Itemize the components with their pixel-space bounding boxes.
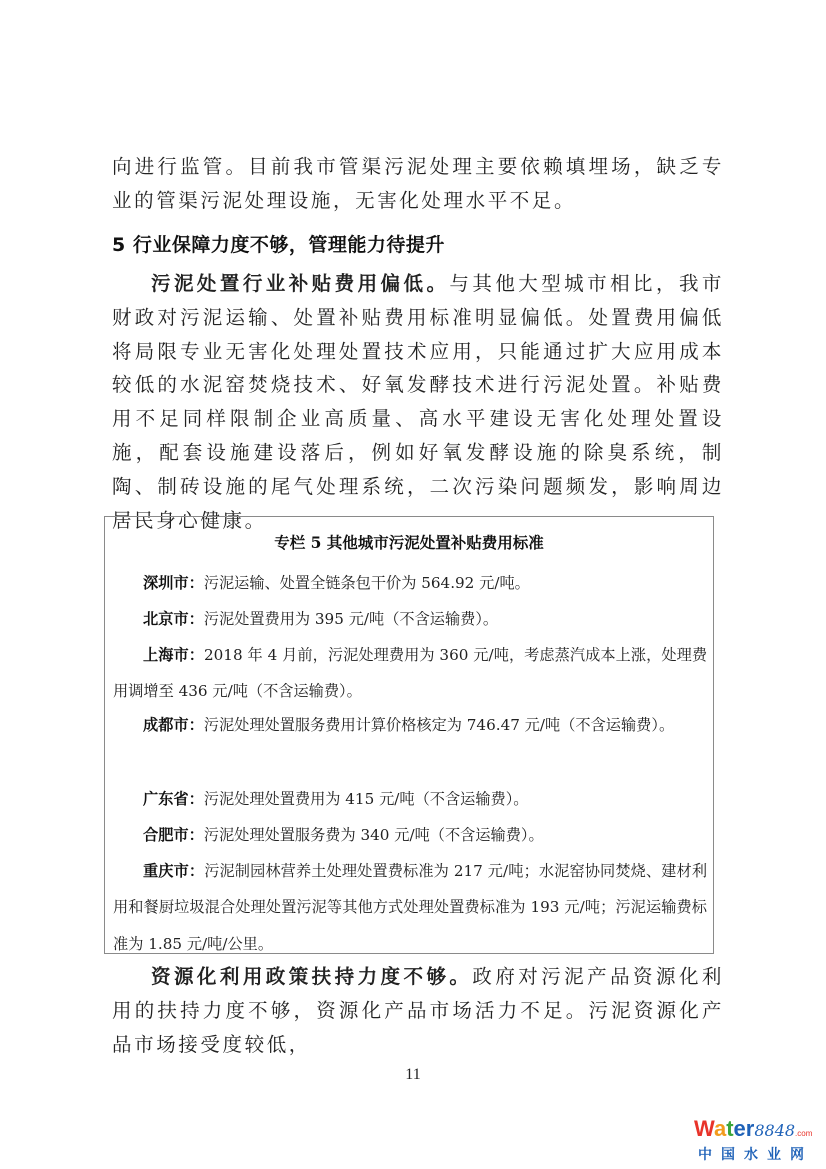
page-number: 11 [0, 1066, 826, 1084]
entry-city: 上海市： [143, 646, 204, 664]
entry-city: 广东省： [143, 790, 204, 808]
box-entry-beijing: 北京市：污泥处置费用为 395 元/吨（不含运输费）。 [113, 601, 707, 637]
box-entry-chengdu: 成都市：污泥处理处置服务费用计算价格核定为 746.47 元/吨（不含运输费）。 [113, 707, 707, 743]
box-entry-hefei: 合肥市：污泥处理处置服务费为 340 元/吨（不含运输费）。 [113, 817, 707, 853]
water8848-logo: Water8848.com 中国水业网 [694, 1118, 820, 1164]
paragraph-body: 与其他大型城市相比，我市财政对污泥运输、处置补贴费用标准明显偏低。处置费用偏低将… [112, 272, 724, 532]
entry-city: 重庆市： [143, 862, 204, 880]
entry-text: 污泥运输、处置全链条包干价为 564.92 元/吨。 [204, 574, 530, 592]
logo-letter-a: a [714, 1116, 726, 1141]
entry-city: 北京市： [143, 610, 204, 628]
logo-letter-t: t [726, 1116, 733, 1141]
logo-letters-er: er [734, 1116, 755, 1141]
box-entry-shanghai: 上海市：2018 年 4 月前，污泥处理费用为 360 元/吨，考虑蒸汽成本上涨… [113, 637, 707, 710]
logo-wordmark: Water8848.com [694, 1118, 820, 1145]
paragraph-resource-policy: 资源化利用政策扶持力度不够。政府对污泥产品资源化利用的扶持力度不够，资源化产品市… [112, 960, 724, 1061]
entry-city: 成都市： [143, 716, 204, 734]
intro-paragraph: 向进行监管。目前我市管渠污泥处理主要依赖填埋场，缺乏专业的管渠污泥处理设施，无害… [112, 150, 724, 218]
entry-text: 污泥处置费用为 395 元/吨（不含运输费）。 [204, 610, 498, 628]
entry-city: 深圳市： [143, 574, 204, 592]
box-entry-guangdong: 广东省：污泥处理处置费用为 415 元/吨（不含运输费）。 [113, 781, 707, 817]
box-entry-chongqing: 重庆市：污泥制园林营养土处理处置费标准为 217 元/吨；水泥窑协同焚烧、建材利… [113, 853, 707, 962]
box-entry-shenzhen: 深圳市：污泥运输、处置全链条包干价为 564.92 元/吨。 [113, 565, 707, 601]
paragraph-lead: 资源化利用政策扶持力度不够。 [151, 965, 472, 988]
box-title: 专栏 5 其他城市污泥处置补贴费用标准 [105, 531, 713, 553]
entry-text: 污泥处理处置费用为 415 元/吨（不含运输费）。 [204, 790, 529, 808]
logo-chinese-name: 中国水业网 [698, 1145, 820, 1165]
paragraph-lead: 污泥处置行业补贴费用偏低。 [151, 272, 449, 295]
entry-city: 合肥市： [143, 826, 204, 844]
paragraph-subsidy: 污泥处置行业补贴费用偏低。与其他大型城市相比，我市财政对污泥运输、处置补贴费用标… [112, 267, 724, 537]
section-heading: 5 行业保障力度不够，管理能力待提升 [112, 230, 445, 257]
entry-text: 污泥处理处置服务费为 340 元/吨（不含运输费）。 [204, 826, 544, 844]
document-page: 向进行监管。目前我市管渠污泥处理主要依赖填埋场，缺乏专业的管渠污泥处理设施，无害… [0, 0, 826, 1169]
logo-letter-w: W [694, 1116, 714, 1141]
logo-domain: .com [795, 1129, 812, 1138]
sidebar-box-subsidy-standards: 专栏 5 其他城市污泥处置补贴费用标准 深圳市：污泥运输、处置全链条包干价为 5… [104, 516, 714, 954]
entry-text: 污泥处理处置服务费用计算价格核定为 746.47 元/吨（不含运输费）。 [204, 716, 674, 734]
logo-number: 8848 [754, 1121, 795, 1140]
